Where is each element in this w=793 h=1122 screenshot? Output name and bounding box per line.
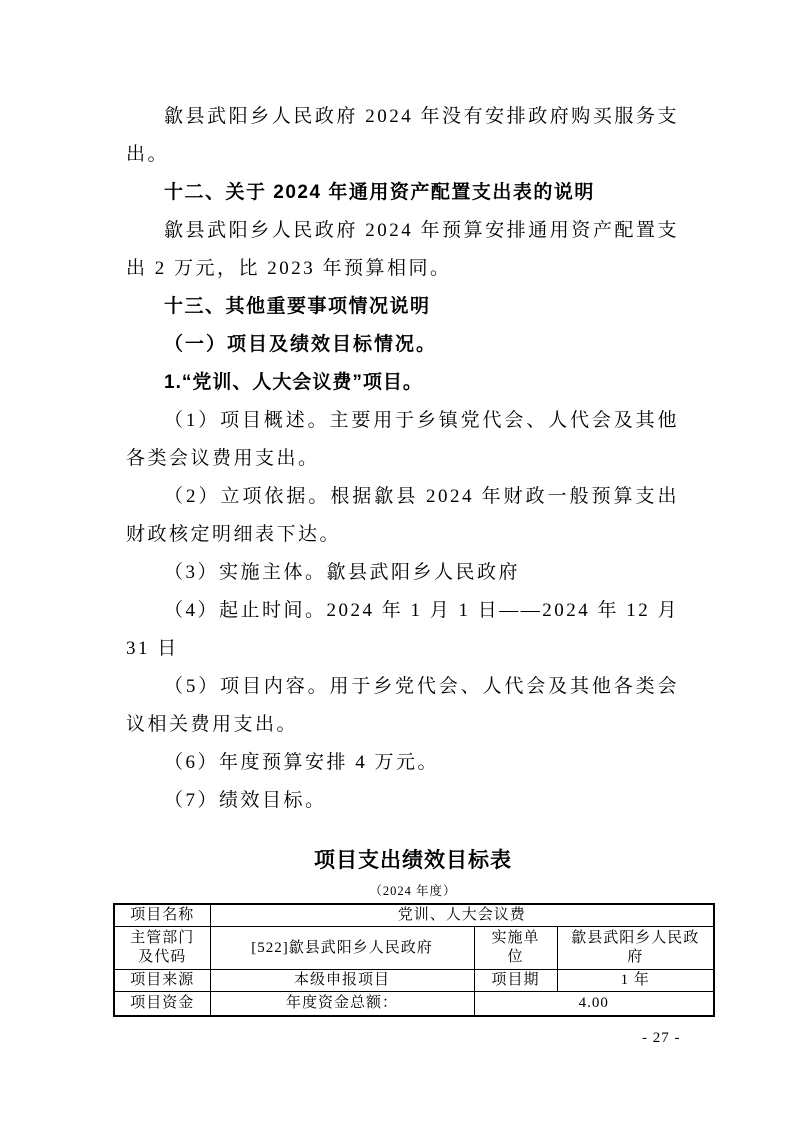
cell-implement-unit-value: 歙县武阳乡人民政 府 <box>557 927 714 970</box>
document-page: 歙县武阳乡人民政府 2024 年没有安排政府购买服务支出。 十二、关于 2024… <box>0 0 793 1122</box>
cell-project-name-value: 党训、人大会议费 <box>210 904 714 927</box>
para-item-7-performance-target: （7）绩效目标。 <box>126 782 679 820</box>
document-content: 歙县武阳乡人民政府 2024 年没有安排政府购买服务支出。 十二、关于 2024… <box>126 98 679 820</box>
heading-section-12: 十二、关于 2024 年通用资产配置支出表的说明 <box>126 174 679 212</box>
cell-project-period-value: 1 年 <box>557 970 714 992</box>
para-asset-config-budget: 歙县武阳乡人民政府 2024 年预算安排通用资产配置支出 2 万元，比 2023… <box>126 212 679 288</box>
para-no-purchase-service: 歙县武阳乡人民政府 2024 年没有安排政府购买服务支出。 <box>126 98 679 174</box>
table-row-project-name: 项目名称 党训、人大会议费 <box>114 904 714 927</box>
cell-project-name-label: 项目名称 <box>114 904 210 927</box>
cell-annual-fund-total-label: 年度资金总额： <box>210 992 474 1016</box>
para-item-5-content: （5）项目内容。用于乡党代会、人代会及其他各类会议相关费用支出。 <box>126 668 679 744</box>
cell-implement-unit-label: 实施单 位 <box>474 927 557 970</box>
table-row-project-fund: 项目资金 年度资金总额： 4.00 <box>114 992 714 1016</box>
para-item-6-budget: （6）年度预算安排 4 万元。 <box>126 744 679 782</box>
table-row-project-source: 项目来源 本级申报项目 项目期 1 年 <box>114 970 714 992</box>
performance-target-table: 项目名称 党训、人大会议费 主管部门 及代码 [522]歙县武阳乡人民政府 实施… <box>113 903 715 1017</box>
cell-project-source-value: 本级申报项目 <box>210 970 474 992</box>
table-title: 项目支出绩效目标表 <box>113 847 713 875</box>
para-item-3-implementer: （3）实施主体。歙县武阳乡人民政府 <box>126 554 679 592</box>
cell-project-source-label: 项目来源 <box>114 970 210 992</box>
heading-section-13: 十三、其他重要事项情况说明 <box>126 288 679 326</box>
cell-project-period-label: 项目期 <box>474 970 557 992</box>
cell-department-label: 主管部门 及代码 <box>114 927 210 970</box>
para-item-2-basis: （2）立项依据。根据歙县 2024 年财政一般预算支出财政核定明细表下达。 <box>126 478 679 554</box>
para-item-1-overview: （1）项目概述。主要用于乡镇党代会、人代会及其他各类会议费用支出。 <box>126 402 679 478</box>
cell-project-fund-label: 项目资金 <box>114 992 210 1016</box>
performance-table-block: 项目支出绩效目标表 （2024 年度） 项目名称 党训、人大会议费 主管部门 及… <box>113 847 713 1017</box>
para-item-4-duration: （4）起止时间。2024 年 1 月 1 日——2024 年 12 月 31 日 <box>126 592 679 668</box>
table-subtitle: （2024 年度） <box>113 884 713 899</box>
heading-project-1: 1.“党训、人大会议费”项目。 <box>126 364 679 402</box>
cell-department-value: [522]歙县武阳乡人民政府 <box>210 927 474 970</box>
cell-annual-fund-total-amount: 4.00 <box>474 992 714 1016</box>
table-row-department: 主管部门 及代码 [522]歙县武阳乡人民政府 实施单 位 歙县武阳乡人民政 府 <box>114 927 714 970</box>
heading-project-performance: （一）项目及绩效目标情况。 <box>126 326 679 364</box>
page-number: - 27 - <box>642 1030 681 1047</box>
